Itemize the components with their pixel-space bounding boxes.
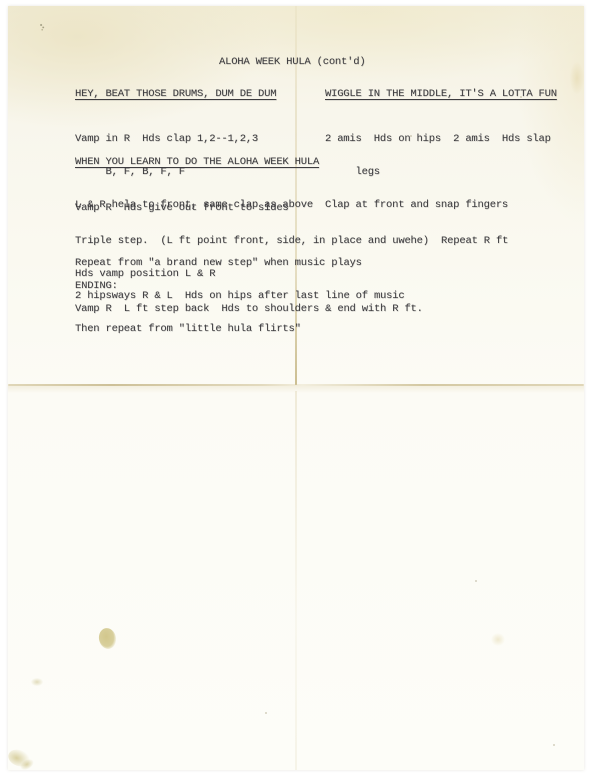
ink-speck bbox=[39, 23, 46, 31]
paper-speck bbox=[553, 744, 555, 746]
paper-speck bbox=[475, 580, 477, 582]
fold-crease-vertical-bottom bbox=[295, 391, 297, 770]
stain-top-right bbox=[570, 62, 584, 94]
scan-background: ALOHA WEEK HULA (cont'd) HEY, BEAT THOSE… bbox=[0, 0, 600, 776]
typed-line: 2 amis Hds on hips 2 amis Hds slap bbox=[325, 134, 551, 145]
typed-line: Then repeat from "little hula flirts" bbox=[75, 324, 404, 335]
typed-line: B, F, B, F, F bbox=[75, 167, 313, 178]
page-title: ALOHA WEEK HULA (cont'd) bbox=[219, 57, 365, 68]
stain-small bbox=[31, 678, 43, 686]
typed-line: Vamp R Hds give out front to sides bbox=[75, 203, 508, 214]
typed-line: Repeat from "a brand new step" when musi… bbox=[75, 258, 404, 269]
typed-line: Vamp in R Hds clap 1,2--1,2,3 bbox=[75, 134, 313, 145]
ending-line: Vamp R L ft step back Hds to shoulders &… bbox=[75, 304, 423, 315]
section-heading-wiggle: WIGGLE IN THE MIDDLE, IT'S A LOTTA FUN bbox=[325, 89, 557, 100]
section-heading-drums: HEY, BEAT THOSE DRUMS, DUM DE DUM bbox=[75, 89, 276, 100]
fold-crease-shadow bbox=[8, 386, 584, 393]
ending-label: ENDING: bbox=[75, 281, 118, 292]
section-repeat-body: Repeat from "a brand new step" when musi… bbox=[75, 236, 404, 357]
stain-faint bbox=[491, 633, 505, 646]
paper-speck bbox=[265, 712, 267, 714]
section-heading-aloha-week: WHEN YOU LEARN TO DO THE ALOHA WEEK HULA bbox=[75, 157, 319, 168]
typed-line: legs bbox=[325, 167, 551, 178]
typed-line: 2 hipsways R & L Hds on hips after last … bbox=[75, 291, 404, 302]
